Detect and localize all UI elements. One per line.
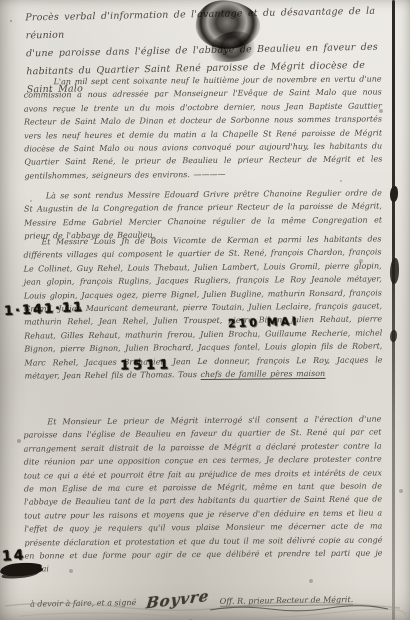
overwritten-date-annotation: 210 MAI: [228, 315, 300, 330]
signature-flourish-underline: [210, 604, 390, 614]
manuscript-page: Procès verbal d'information de l'avantag…: [0, 0, 410, 620]
overwritten-numeric-annotation: 1511: [120, 358, 172, 374]
underlined-phrase: chefs de famille pères maison: [200, 369, 325, 380]
binding-ink-blot: [390, 186, 398, 202]
paragraph-protest-declaration: Et Monsieur Le prieur de Mégrit interrog…: [23, 412, 382, 576]
binding-ink-blot: [390, 258, 399, 284]
binding-ink-blot: [390, 330, 397, 342]
paper-specks: [10, 20, 12, 22]
binding-edge-line: [392, 0, 395, 620]
paragraph-opening: L'an mil sept cent soixante neuf le huit…: [24, 72, 383, 182]
